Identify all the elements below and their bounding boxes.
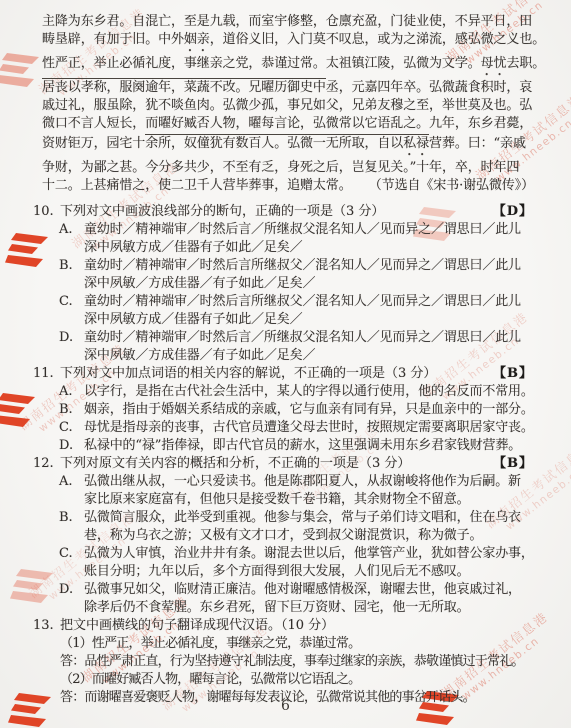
option-line: 账目分明；九年以后，多个方面得到很大发展，人们见后无不感叹。: [84, 563, 533, 581]
question-11: 【B】11.下列对文中加点词语的相关内容的解说，不正确的一项是（3 分）A.以字…: [33, 365, 533, 455]
passage-line: 资财钜万，园宅十余所，奴僮犹有数百人。弘微一无所取，自以私禄营葬。曰：“亲戚: [42, 135, 534, 159]
option-line: 童幼时／精神端审／时然后言所继叔父／混名知人／见而异之／谓思曰／此儿: [84, 257, 533, 275]
option-line: 深中夙敏方成／佳器有子如此／足矣／: [84, 239, 533, 257]
option-line: 童幼时／精神端审／时然后言／所继叔父混名知人／见而异之／谓思曰／此儿: [84, 221, 533, 239]
passage-text: ，道俗义旧，入门莫不叹息，或为之涕流，感弘微之义也。: [210, 31, 545, 55]
passage-text: 畴垦辟，有加于旧。中外: [42, 31, 184, 55]
passage-line: 畴垦辟，有加于旧。中外姻亲，道俗义旧，入门莫不叹息，或为之涕流，感弘微之义也。: [42, 31, 534, 55]
option-label: B.: [59, 257, 73, 275]
passage-text: 微口不言人短长，: [42, 115, 145, 135]
option-A: A.弘微出继从叔，一心只爱读书。他是陈郡阳夏人，从叔谢峻将他作为后嗣。新家比原来…: [33, 473, 533, 509]
question-10: 【D】10.下列对文中画波浪线部分的断句，正确的一项是（3 分）A.童幼时／精神…: [33, 203, 533, 365]
question-stem: 【D】10.下列对文中画波浪线部分的断句，正确的一项是（3 分）: [33, 203, 533, 221]
page-number: 6: [0, 698, 571, 714]
dotted-term: 母忧: [481, 55, 507, 79]
question-stem-text: 把文中画横线的句子翻译成现代汉语。（10 分）: [60, 618, 334, 633]
underlined-sentence: 性严正，举止必循礼度，事继亲之党，恭谨过常。: [42, 55, 326, 79]
option-B: B.弘微简言服众，此举受到重视。他参与集会，常与子弟们诗文唱和，住在乌衣巷，称为…: [33, 509, 533, 545]
option-line: 姻亲，指由于婚姻关系结成的亲戚，它与血亲有同有异，只是血亲中的一部分。: [84, 401, 533, 419]
question-stem-text: 下列对文中画波浪线部分的断句，正确的一项是（3 分）: [60, 204, 384, 219]
option-line: 弘微出继从叔，一心只爱读书。他是陈郡阳夏人，从叔谢峻将他作为后嗣。新: [84, 473, 533, 491]
translation-line: （1）性严正，举止必循礼度，事继亲之党，恭谨过常。: [33, 635, 533, 653]
question-number: 12.: [33, 455, 60, 473]
option-label: A.: [59, 221, 73, 239]
question-stem-text: 下列对原文有关内容的概括和分析，不正确的一项是（3 分）: [60, 456, 410, 471]
option-line: 除孝后仍不食荤腥。东乡君死，留下巨万资财、园宅，他一无所取。: [84, 599, 533, 617]
passage-line: 主降为东乡君。自混亡，至是九载，而室宇修整，仓廪充盈，门徒业使，不异平日，田: [42, 13, 534, 31]
option-C: C.弘微为人审慎，治业井井有条。谢混去世以后，他掌管产业，犹如替公家办事，账目分…: [33, 545, 533, 581]
option-label: C.: [59, 293, 73, 311]
translation-line: 答：品性严肃正直，行为坚持遵守礼制法度，事奉过继家的亲族，恭敬谨慎过于常礼。: [33, 653, 533, 671]
passage-line: 十二。上甚痛惜之，使二卫千人营毕葬事，追赠太常。（节选自《宋书·谢弘微传》）: [42, 177, 534, 195]
option-line: 深中夙敏／方成佳器／有子如此／足矣／: [84, 347, 533, 365]
option-line: 弘微简言服众，此举受到重视。他参与集会，常与子弟们诗文唱和，住在乌衣: [84, 509, 533, 527]
passage-text: 太祖镇江陵，弘微为文学。: [326, 55, 481, 79]
option-line: 私禄中的“禄”指俸禄，即古代官员的薪水，这里强调未用东乡君家钱财营葬。: [84, 437, 533, 455]
question-stem-text: 下列对文中加点词语的相关内容的解说，不正确的一项是（3 分）: [60, 366, 436, 381]
question-stem: 【B】11.下列对文中加点词语的相关内容的解说，不正确的一项是（3 分）: [33, 365, 533, 383]
option-A: A.童幼时／精神端审／时然后言／所继叔父混名知人／见而异之／谓思曰／此儿深中夙敏…: [33, 221, 533, 257]
exam-page-scan: 湖南招生考试信息港www.hneeb.cn湖南招生考试信息港www.hneeb.…: [0, 0, 571, 728]
passage-line: 微口不言人短长，而曜好臧否人物，曜每言论，弘微常以它语乱之。九年，东乡君薨，: [42, 115, 534, 135]
passage-text: 争财，为鄙之甚。今分多共少，不至有乏，身死之后，岂复见关。”十年，卒，时年四: [42, 159, 519, 177]
passage-text: 主降为东乡君。自混亡，至是九载，而室宇修整，仓廪充盈，门徒业使，不异平日，田: [42, 13, 532, 31]
passage-line: 争财，为鄙之甚。今分多共少，不至有乏，身死之后，岂复见关。”十年，卒，时年四: [42, 159, 534, 177]
option-C: C.童幼时／精神端审／时然后言所继叔父／混名知人／见而异之／谓思曰／此儿深中夙敏…: [33, 293, 533, 329]
option-line: 深中夙敏／方成佳器／有子如此／足矣／: [84, 275, 533, 293]
option-D: D.私禄中的“禄”指俸禄，即古代官员的薪水，这里强调未用东乡君家钱财营葬。: [33, 437, 533, 455]
option-A: A.以字行，是指在古代社会生活中，某人的字得以通行使用，他的名反而不常用。: [33, 383, 533, 401]
passage-text: 十二。上甚痛惜之，使二卫千人营毕葬事，追赠太常。: [42, 177, 352, 195]
option-line: 以字行，是指在古代社会生活中，某人的字得以通行使用，他的名反而不常用。: [84, 383, 533, 401]
passage-line: 戚过礼，服虽除，犹不啖鱼肉。弘微少孤，事兄如父，兄弟友穆之至，举世莫及也。弘: [42, 97, 534, 115]
option-line: 弘微事兄如父，临财清正廉洁。他对谢曜感情极深，谢曜去世，他哀戚过礼，: [84, 581, 533, 599]
option-C: C.母忧是指母亲的丧事，古代官员遭逢父母去世时，按照规定需要离职居家守丧。: [33, 419, 533, 437]
option-label: A.: [59, 383, 73, 401]
translation-line: （2）而曜好臧否人物，曜每言论，弘微常以它语乱之。: [33, 671, 533, 689]
answer-mark: 【D】: [493, 203, 533, 221]
option-line: 童幼时／精神端审／时然后言／所继叔父混名知人／见而异之／谓思曰／此儿: [84, 329, 533, 347]
answer-mark: 【B】: [493, 455, 533, 473]
passage-text: 戚过礼，服虽除，犹不啖鱼肉。弘微少孤，事兄如父，兄弟友穆之至，举世莫及也。弘: [42, 97, 532, 115]
option-line: 母忧是指母亲的丧事，古代官员遭逢父母去世时，按照规定需要离职居家守丧。: [84, 419, 533, 437]
passage-text: 去职。: [506, 55, 545, 79]
question-number: 11.: [33, 365, 60, 383]
option-line: 童幼时／精神端审／时然后言所继叔父／混名知人／见而异之／谓思曰／此儿: [84, 293, 533, 311]
underlined-sentence: 而曜好臧否人物，曜每言论，弘微常以它语乱之。: [145, 115, 429, 135]
question-12: 【B】12.下列对原文有关内容的概括和分析，不正确的一项是（3 分）A.弘微出继…: [33, 455, 533, 617]
option-label: D.: [59, 329, 73, 347]
option-label: C.: [59, 419, 73, 437]
option-B: B.姻亲，指由于婚姻关系结成的亲戚，它与血亲有同有异，只是血亲中的一部分。: [33, 401, 533, 419]
option-line: 家比原来家庭富有，但他只是接受数千卷书籍，其余财物全不留意。: [84, 491, 533, 509]
answer-mark: 【B】: [493, 365, 533, 383]
option-D: D.童幼时／精神端审／时然后言／所继叔父混名知人／见而异之／谓思曰／此儿深中夙敏…: [33, 329, 533, 365]
question-stem: 13.把文中画横线的句子翻译成现代汉语。（10 分）: [33, 617, 533, 635]
dotted-term: 姻亲: [184, 31, 210, 55]
question-number: 10.: [33, 203, 60, 221]
passage: 主降为东乡君。自混亡，至是九载，而室宇修整，仓廪充盈，门徒业使，不异平日，田畴垦…: [42, 13, 534, 195]
option-line: 深中夙敏方成／佳器有子如此／足矣／: [84, 311, 533, 329]
passage-text: 居丧以孝称，服阕逾年，菜蔬不改。兄曜历御史中丞，元嘉四年卒。弘微蔬食积时，哀: [42, 79, 532, 97]
option-label: C.: [59, 545, 73, 563]
question-stem: 【B】12.下列对原文有关内容的概括和分析，不正确的一项是（3 分）: [33, 455, 533, 473]
passage-line: 居丧以孝称，服阕逾年，菜蔬不改。兄曜历御史中丞，元嘉四年卒。弘微蔬食积时，哀: [42, 79, 534, 97]
option-label: A.: [59, 473, 73, 491]
option-label: D.: [59, 581, 73, 599]
passage-source: （节选自《宋书·谢弘微传》）: [369, 177, 534, 195]
passage-text: 资财钜万，园宅十余所，奴僮犹有数百人。弘微一无所取，自以: [42, 135, 403, 159]
passage-text: 营葬。曰：“亲戚: [429, 135, 526, 159]
passage-line: 性严正，举止必循礼度，事继亲之党，恭谨过常。太祖镇江陵，弘微为文学。母忧去职。: [42, 55, 534, 79]
option-label: B.: [59, 509, 73, 527]
option-line: 巷，称为乌衣之游；又极有文才口才，受到叔父谢混赏识，称为微子。: [84, 527, 533, 545]
option-D: D.弘微事兄如父，临财清正廉洁。他对谢曜感情极深，谢曜去世，他哀戚过礼，除孝后仍…: [33, 581, 533, 617]
option-line: 弘微为人审慎，治业井井有条。谢混去世以后，他掌管产业，犹如替公家办事，: [84, 545, 533, 563]
dotted-term: 私禄: [403, 135, 429, 159]
content-area: 主降为东乡君。自混亡，至是九载，而室宇修整，仓廪充盈，门徒业使，不异平日，田畴垦…: [0, 0, 571, 707]
option-label: B.: [59, 401, 73, 419]
questions: 【D】10.下列对文中画波浪线部分的断句，正确的一项是（3 分）A.童幼时／精神…: [33, 203, 533, 707]
question-number: 13.: [33, 617, 60, 635]
passage-text: 九年，东乡君薨，: [429, 115, 532, 135]
option-B: B.童幼时／精神端审／时然后言所继叔父／混名知人／见而异之／谓思曰／此儿深中夙敏…: [33, 257, 533, 293]
question-13: 13.把文中画横线的句子翻译成现代汉语。（10 分）（1）性严正，举止必循礼度，…: [33, 617, 533, 707]
option-label: D.: [59, 437, 73, 455]
